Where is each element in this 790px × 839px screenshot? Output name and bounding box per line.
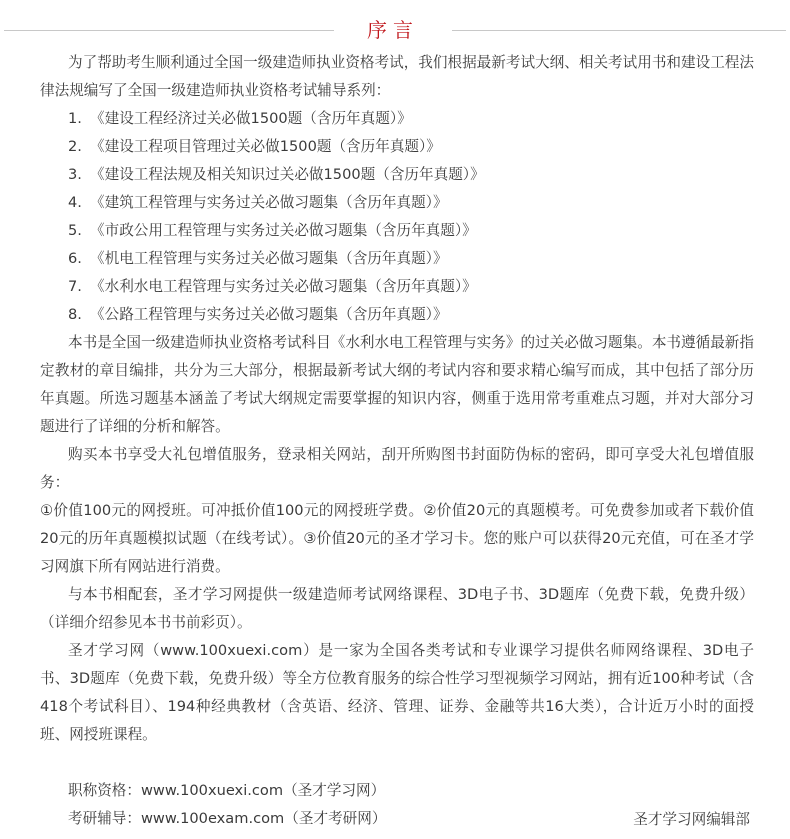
contact-label: 职称资格： — [68, 782, 141, 799]
series-item-title: 《机电工程管理与实务过关必做习题集（含历年真题）》 — [90, 250, 448, 267]
section-header: 序言 — [0, 14, 790, 48]
contact-site-name: （圣才考研网） — [284, 810, 386, 827]
bonus-intro-paragraph: 购买本书享受大礼包增值服务，登录相关网站，刮开所购图书封面防伪标的密码，即可享受… — [40, 441, 754, 497]
contact-url[interactable]: www.100xuexi.com — [141, 782, 283, 799]
contact-url[interactable]: www.100exam.com — [141, 810, 284, 827]
series-item: 2.《建设工程项目管理过关必做1500题（含历年真题）》 — [40, 133, 754, 161]
series-item-number: 5. — [68, 217, 90, 245]
series-item: 5.《市政公用工程管理与实务过关必做习题集（含历年真题）》 — [40, 217, 754, 245]
signature: 圣才学习网编辑部 — [633, 806, 750, 834]
series-item-title: 《水利水电工程管理与实务过关必做习题集（含历年真题）》 — [90, 278, 477, 295]
series-item-number: 7. — [68, 273, 90, 301]
series-item-number: 3. — [68, 161, 90, 189]
series-item-title: 《建设工程法规及相关知识过关必做1500题（含历年真题）》 — [90, 166, 485, 183]
page-title: 序言 — [334, 16, 452, 44]
series-item: 6.《机电工程管理与实务过关必做习题集（含历年真题）》 — [40, 245, 754, 273]
series-item-title: 《建设工程经济过关必做1500题（含历年真题）》 — [90, 110, 412, 127]
about-book-paragraph: 本书是全国一级建造师执业资格考试科目《水利水电工程管理与实务》的过关必做习题集。… — [40, 329, 754, 441]
series-item: 7.《水利水电工程管理与实务过关必做习题集（含历年真题）》 — [40, 273, 754, 301]
series-item: 3.《建设工程法规及相关知识过关必做1500题（含历年真题）》 — [40, 161, 754, 189]
series-list: 1.《建设工程经济过关必做1500题（含历年真题）》 2.《建设工程项目管理过关… — [40, 105, 754, 329]
series-item: 1.《建设工程经济过关必做1500题（含历年真题）》 — [40, 105, 754, 133]
contact-site-name: （圣才学习网） — [283, 782, 385, 799]
series-item-title: 《建设工程项目管理过关必做1500题（含历年真题）》 — [90, 138, 441, 155]
contact-label: 考研辅导： — [68, 810, 141, 827]
bonus-items-paragraph: ①价值100元的网授班。可冲抵价值100元的网授班学费。②价值20元的真题模考。… — [40, 497, 754, 581]
header-rule-left — [4, 30, 334, 31]
contact-line: 职称资格：www.100xuexi.com（圣才学习网） — [40, 777, 754, 805]
website-paragraph: 圣才学习网（www.100xuexi.com）是一家为全国各类考试和专业课学习提… — [40, 637, 754, 749]
companion-paragraph: 与本书相配套，圣才学习网提供一级建造师考试网络课程、3D电子书、3D题库（免费下… — [40, 581, 754, 637]
series-item-number: 4. — [68, 189, 90, 217]
spacer — [40, 749, 754, 777]
series-item-number: 1. — [68, 105, 90, 133]
series-item: 8.《公路工程管理与实务过关必做习题集（含历年真题）》 — [40, 301, 754, 329]
series-item-number: 8. — [68, 301, 90, 329]
series-item-title: 《市政公用工程管理与实务过关必做习题集（含历年真题）》 — [90, 222, 477, 239]
header-rule-right — [452, 30, 786, 31]
series-item-title: 《公路工程管理与实务过关必做习题集（含历年真题）》 — [90, 306, 448, 323]
intro-paragraph: 为了帮助考生顺利通过全国一级建造师执业资格考试，我们根据最新考试大纲、相关考试用… — [40, 49, 754, 105]
series-item-number: 6. — [68, 245, 90, 273]
series-item-title: 《建筑工程管理与实务过关必做习题集（含历年真题）》 — [90, 194, 448, 211]
series-item-number: 2. — [68, 133, 90, 161]
preface-body: 为了帮助考生顺利通过全国一级建造师执业资格考试，我们根据最新考试大纲、相关考试用… — [40, 49, 754, 833]
series-item: 4.《建筑工程管理与实务过关必做习题集（含历年真题）》 — [40, 189, 754, 217]
